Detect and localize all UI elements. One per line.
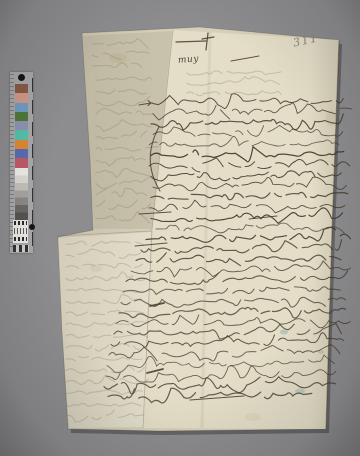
strip-mini-checker xyxy=(13,245,29,252)
strip-barcode xyxy=(14,221,27,225)
grayscale-wedge xyxy=(15,168,28,220)
strip-right-rule xyxy=(32,78,33,246)
color-patch-green xyxy=(15,112,28,121)
color-patch-aqua xyxy=(15,130,28,139)
archival-photo: muy 311 xyxy=(0,0,360,456)
color-patch-salmon xyxy=(15,93,28,102)
strip-barcode xyxy=(14,237,27,241)
color-patch-blue xyxy=(15,149,28,158)
color-calibration-strip xyxy=(10,72,33,253)
salutation-word: muy xyxy=(178,54,200,65)
color-patches xyxy=(15,84,28,168)
registration-dot-icon xyxy=(18,74,25,81)
color-patch-rose xyxy=(15,158,28,167)
color-patch-brown xyxy=(15,84,28,93)
paper-shading xyxy=(58,27,339,431)
manuscript-scene xyxy=(0,0,360,456)
color-patch-orange xyxy=(15,140,28,149)
color-patch-slate-lavender xyxy=(15,121,28,130)
color-patch-steel-blue xyxy=(15,103,28,112)
strip-barcode xyxy=(14,228,27,234)
registration-dot-icon xyxy=(29,224,35,230)
strip-label-block xyxy=(13,220,28,243)
